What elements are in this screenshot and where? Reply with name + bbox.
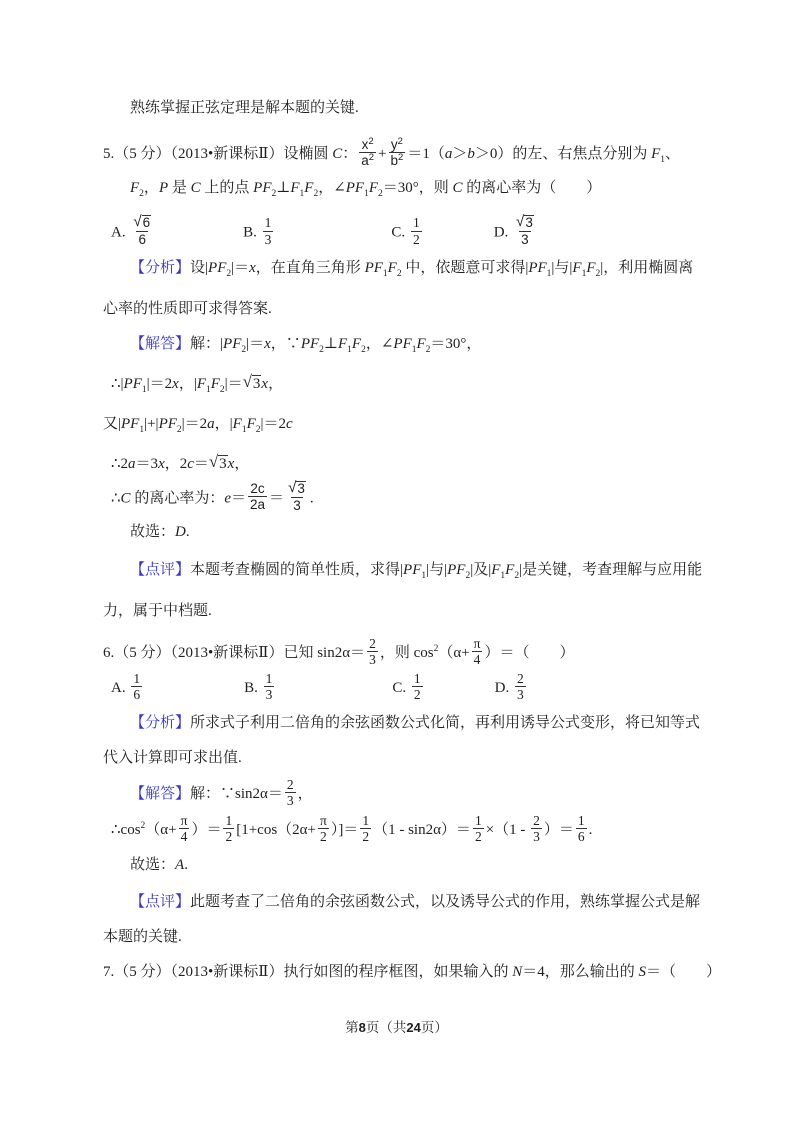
math-variable: F <box>197 376 206 392</box>
text: ， <box>268 376 283 392</box>
text: ＞0）的左、右焦点分别为 <box>475 146 651 162</box>
text: 3 <box>287 793 294 808</box>
math-variable: PF <box>393 336 411 352</box>
fraction: 16 <box>131 671 142 702</box>
fraction-numerator: 1 <box>223 813 234 828</box>
math-variable: C <box>453 180 463 196</box>
section-label: 【解答】 <box>130 336 190 352</box>
fraction: 12 <box>360 813 371 844</box>
math-variable: F <box>491 562 500 578</box>
math-variable: C <box>121 490 131 506</box>
square-root: √6 <box>133 215 151 231</box>
fraction-denominator: 6 <box>576 828 587 844</box>
fraction-numerator: 2 <box>367 636 378 651</box>
fraction: x2a2 <box>359 137 376 168</box>
math-variable: PF <box>528 260 546 276</box>
math-variable: x <box>264 336 271 352</box>
fraction-denominator: 2 <box>223 828 234 844</box>
footer-total-pages: 24 <box>406 1020 420 1035</box>
text: 1 <box>578 813 585 828</box>
math-variable: S <box>638 964 646 980</box>
fraction: 12 <box>412 671 423 702</box>
text: 此题考查了二倍角的余弦函数公式，以及诱导公式的作用，熟练掌握公式是解 <box>190 894 700 910</box>
math-variable: c <box>286 416 293 432</box>
text: A. <box>111 224 129 240</box>
text: 3 <box>297 481 305 496</box>
q5-analysis-line-1: 【分析】设|PF2|＝x，在直角三角形 PF1F2 中，依题意可求得|PF1|与… <box>103 255 703 287</box>
text: ，| <box>179 376 197 392</box>
text: A. <box>111 680 129 696</box>
math-variable: P <box>159 180 168 196</box>
fraction-denominator: 3 <box>515 686 526 702</box>
fraction-denominator: 3 <box>285 792 296 808</box>
fraction-denominator: 2 <box>412 686 423 702</box>
text: ∴2 <box>111 456 128 472</box>
text: ）＝ <box>544 822 574 838</box>
radicand: 6 <box>142 215 152 231</box>
math-variable: N <box>512 964 522 980</box>
text: B. <box>243 224 261 240</box>
q5-solution-line-3: 又|PF1|+|PF2|＝2a，|F1F2|＝2c <box>103 411 703 443</box>
math-variable: PF <box>159 416 177 432</box>
fraction-numerator: √3 <box>514 215 536 231</box>
text: 3 <box>533 829 540 844</box>
text: ＝1（ <box>407 146 445 162</box>
text: 1 <box>414 671 421 686</box>
q6-analysis-line-1: 【分析】所求式子利用二倍角的余弦函数公式化简，再利用诱导公式变形，将已知等式 <box>103 710 703 736</box>
math-variable: e <box>224 490 231 506</box>
q5-stem-line-1: 5.（5 分）（2013•新课标Ⅱ）设椭圆 C：x2a2+y2b2＝1（a＞b＞… <box>103 139 703 173</box>
q5-answer: 故选：D. <box>103 519 703 545</box>
text: |与| <box>551 260 572 276</box>
text: 是 <box>168 180 191 196</box>
text: ，在直角三角形 <box>256 260 365 276</box>
text: ×（1 - <box>486 822 529 838</box>
text: 7.（5 分）（2013•新课标Ⅱ）执行如图的程序框图，如果输入的 <box>103 964 512 980</box>
math-variable: F <box>352 336 361 352</box>
text: D. <box>494 224 512 240</box>
text: 解：| <box>190 336 223 352</box>
text: . <box>310 490 314 506</box>
text: ， <box>144 180 159 196</box>
fraction-denominator: 2 <box>411 231 422 247</box>
text: |＝ <box>231 260 249 276</box>
radicand: 3 <box>524 215 534 231</box>
text: ）＝ <box>191 822 221 838</box>
text: 3 <box>525 215 533 230</box>
radical-sign: √ <box>288 480 296 495</box>
q7-stem: 7.（5 分）（2013•新课标Ⅱ）执行如图的程序框图，如果输入的 N＝4，那么… <box>103 959 703 985</box>
text: 3 <box>369 652 376 667</box>
math-variable: F <box>211 376 220 392</box>
fraction: 23 <box>531 813 542 844</box>
text: ，∠ <box>366 336 394 352</box>
text: 心率的性质即可求得答案. <box>103 301 272 317</box>
fraction-numerator: 2 <box>531 813 542 828</box>
text: + <box>378 146 386 162</box>
fraction-numerator: x2 <box>360 137 376 152</box>
radicand: 3 <box>252 375 262 393</box>
math-variable: PF <box>301 336 319 352</box>
superscript: 2 <box>368 136 373 147</box>
text: 解：∵sin2α＝ <box>190 786 283 802</box>
section-label: 【分析】 <box>130 715 190 731</box>
math-variable: PF <box>365 260 383 276</box>
text: D. <box>495 680 513 696</box>
fraction-numerator: 1 <box>263 215 274 230</box>
radical-sign: √ <box>516 214 524 229</box>
fraction-denominator: b2 <box>389 152 406 168</box>
text: ＝（ ） <box>646 964 721 980</box>
fraction: 13 <box>264 671 275 702</box>
text: ∴ <box>111 490 121 506</box>
text: 3 <box>266 687 273 702</box>
fraction-denominator: 3 <box>264 686 275 702</box>
q6-answer: 故选：A. <box>103 852 703 878</box>
math-variable: PF <box>403 562 421 578</box>
text: ： <box>342 146 357 162</box>
text: . <box>184 857 188 873</box>
fraction: 2c2a <box>248 481 267 512</box>
math-variable: F <box>233 416 242 432</box>
footer-prefix: 第 <box>345 1020 359 1035</box>
text: 1 <box>362 813 369 828</box>
fraction-numerator: 1 <box>576 813 587 828</box>
square-root: √3 <box>288 481 306 497</box>
square-root: √3 <box>516 215 534 231</box>
text: . <box>186 524 190 540</box>
fraction-denominator: 3 <box>291 497 303 513</box>
fraction: √33 <box>286 481 308 513</box>
text: |是关键，考查理解与应用能 <box>519 562 702 578</box>
text: 6 <box>578 829 585 844</box>
math-variable: F <box>388 260 397 276</box>
text: 1 <box>413 215 420 230</box>
text: ⊥ <box>276 180 290 196</box>
math-variable: PF <box>121 416 139 432</box>
q5-comment-line-2: 力，属于中档题. <box>103 598 703 624</box>
text: |，利用椭圆离 <box>600 260 693 276</box>
text: 1 <box>133 671 140 686</box>
text: ⊥ <box>324 336 338 352</box>
math-variable: D <box>175 524 186 540</box>
text: 2 <box>533 813 540 828</box>
fraction: √66 <box>131 215 153 247</box>
text: ）]＝ <box>331 822 359 838</box>
fraction-denominator: 6 <box>131 686 142 702</box>
text: 故选： <box>130 524 175 540</box>
text: 、 <box>665 146 680 162</box>
q6-options: A. 16B. 13C. 12D. 23 <box>103 673 703 704</box>
text: 4 <box>181 829 188 844</box>
math-variable: F <box>369 180 378 196</box>
text: ＞ <box>452 146 467 162</box>
q5-stem-line-2: F2，P 是 C 上的点 PF2⊥F1F2，∠PF1F2＝30°，则 C 的离心… <box>103 175 703 207</box>
square-root: √3 <box>209 455 228 473</box>
math-variable: C <box>191 180 201 196</box>
q5-solution-line-5: ∴C 的离心率为：e＝2c2a＝√33. <box>103 483 703 515</box>
footer-page-number: 8 <box>359 1020 366 1035</box>
q5-solution-line-2: ∴|PF1|＝2x，|F1F2|＝√3x， <box>103 371 703 403</box>
text: ， <box>298 786 313 802</box>
text: 中，依题意可求得| <box>402 260 529 276</box>
math-variable: c <box>187 456 194 472</box>
text: 设| <box>190 260 208 276</box>
fraction-numerator: 1 <box>473 813 484 828</box>
text: 5.（5 分）（2013•新课标Ⅱ）设椭圆 <box>103 146 332 162</box>
text: 6 <box>138 232 146 247</box>
fraction: π4 <box>472 636 483 667</box>
text: 1 <box>225 813 232 828</box>
text: ＝ <box>231 490 246 506</box>
fraction-numerator: π <box>472 636 483 651</box>
section-label: 【解答】 <box>130 786 190 802</box>
fraction-numerator: 2 <box>515 671 526 686</box>
q5-solution-line-1: 【解答】解：|PF2|＝x，∵PF2⊥F1F2，∠PF1F2＝30°， <box>103 331 703 363</box>
text: ∴| <box>111 376 124 392</box>
text: 4 <box>474 652 481 667</box>
text: 3 <box>293 498 301 513</box>
text: b <box>391 153 399 168</box>
text: C. <box>392 680 410 696</box>
fraction-numerator: 1 <box>412 671 423 686</box>
q5-analysis-line-2: 心率的性质即可求得答案. <box>103 296 703 322</box>
text: （1 - sin2α）＝ <box>373 822 471 838</box>
fraction-numerator: √6 <box>131 215 153 231</box>
text: 2 <box>517 671 524 686</box>
text: 3 <box>521 232 529 247</box>
math-variable: F <box>247 416 256 432</box>
text: 1 <box>475 813 482 828</box>
text: 代入计算即可求出值. <box>103 750 242 766</box>
text: 6 <box>143 215 151 230</box>
text: 又| <box>103 416 121 432</box>
text: ＝3 <box>136 456 159 472</box>
footer-mid: 页（共 <box>366 1020 407 1035</box>
text: 的离心率为： <box>131 490 225 506</box>
fraction-numerator: 1 <box>264 671 275 686</box>
fraction-numerator: 2 <box>285 777 296 792</box>
text: |及| <box>470 562 491 578</box>
text: ，2 <box>165 456 188 472</box>
fraction-numerator: π <box>179 813 190 828</box>
footer-suffix: 页） <box>421 1020 448 1035</box>
section-label: 【点评】 <box>130 894 190 910</box>
math-variable: F <box>505 562 514 578</box>
text: |＝ <box>246 336 264 352</box>
math-variable: C <box>332 146 342 162</box>
text: ，∠ <box>318 180 346 196</box>
math-variable: F <box>338 336 347 352</box>
text: 2 <box>413 232 420 247</box>
fraction-denominator: 2a <box>248 496 267 512</box>
math-variable: PF <box>124 376 142 392</box>
document-page: 熟练掌握正弦定理是解本题的关键.5.（5 分）（2013•新课标Ⅱ）设椭圆 C：… <box>0 0 793 1122</box>
text: 2 <box>320 829 327 844</box>
text: ，| <box>215 416 233 432</box>
q6-solution-line-2: ∴cos2（α+π4）＝12[1+cos（2α+π2）]＝12（1 - sin2… <box>103 813 703 846</box>
q6-stem: 6.（5 分）（2013•新课标Ⅱ）已知 sin2α＝23，则 cos2（α+π… <box>103 636 703 669</box>
math-variable: PF <box>208 260 226 276</box>
q6-comment-line-2: 本题的关键. <box>103 924 703 950</box>
text: 3 <box>265 232 272 247</box>
text: 2 <box>362 829 369 844</box>
fraction-numerator: 1 <box>411 215 422 230</box>
text: 3 <box>219 456 227 472</box>
text: a <box>361 153 369 168</box>
text: 本题考查椭圆的简单性质，求得| <box>190 562 403 578</box>
fraction-numerator: 2c <box>248 481 266 496</box>
text: π <box>320 813 327 828</box>
fraction-denominator: 2 <box>360 828 371 844</box>
text: ，∵ <box>271 336 301 352</box>
fraction-denominator: 4 <box>179 828 190 844</box>
text: π <box>474 636 481 651</box>
text: [1+cos（2α+ <box>236 822 316 838</box>
text: （α+ <box>145 822 176 838</box>
text: 3 <box>517 687 524 702</box>
math-variable: a <box>207 416 215 432</box>
text: 6 <box>133 687 140 702</box>
text: 所求式子利用二倍角的余弦函数公式化简，再利用诱导公式变形，将已知等式 <box>190 715 700 731</box>
superscript: 2 <box>398 136 403 147</box>
text: 2 <box>225 829 232 844</box>
text: 熟练掌握正弦定理是解本题的关键. <box>130 100 359 116</box>
fraction: π2 <box>318 813 329 844</box>
fraction-numerator: 1 <box>360 813 371 828</box>
text: 2 <box>414 687 421 702</box>
radical-sign: √ <box>209 454 218 471</box>
fraction-denominator: 2 <box>318 828 329 844</box>
text: （α+ <box>438 645 469 661</box>
radical-sign: √ <box>243 374 252 391</box>
fraction: 23 <box>285 777 296 808</box>
text: . <box>589 822 593 838</box>
text: |＝2 <box>182 416 208 432</box>
text: 2c <box>250 481 264 496</box>
fraction-denominator: 3 <box>263 231 274 247</box>
text: ＝ <box>269 490 284 506</box>
math-variable: a <box>128 456 136 472</box>
fraction: 16 <box>576 813 587 844</box>
text: 2 <box>475 829 482 844</box>
text: C. <box>391 224 409 240</box>
q5-options: A. √66B. 13C. 12D. √33 <box>103 217 703 249</box>
superscript: 2 <box>369 152 374 163</box>
fraction-denominator: 4 <box>472 651 483 667</box>
fraction: 12 <box>223 813 234 844</box>
text: ∴cos <box>111 822 141 838</box>
prev-comment-tail: 熟练掌握正弦定理是解本题的关键. <box>103 95 703 121</box>
fraction: √33 <box>514 215 536 247</box>
text: |+| <box>144 416 158 432</box>
text: 本题的关键. <box>103 929 182 945</box>
text: B. <box>244 680 262 696</box>
fraction-denominator: 3 <box>367 651 378 667</box>
math-variable: A <box>175 857 184 873</box>
fraction: 23 <box>515 671 526 702</box>
document-content: 熟练掌握正弦定理是解本题的关键.5.（5 分）（2013•新课标Ⅱ）设椭圆 C：… <box>103 95 703 985</box>
text: π <box>181 813 188 828</box>
fraction-numerator: π <box>318 813 329 828</box>
text: 上的点 <box>201 180 254 196</box>
text: 1 <box>266 671 273 686</box>
fraction: π4 <box>179 813 190 844</box>
text: 2a <box>250 497 265 512</box>
math-variable: F <box>572 260 581 276</box>
q6-analysis-line-2: 代入计算即可求出值. <box>103 745 703 771</box>
math-variable: F <box>586 260 595 276</box>
section-label: 【点评】 <box>130 562 190 578</box>
text: |＝2 <box>147 376 173 392</box>
text: ＝4，那么输出的 <box>522 964 638 980</box>
fraction-denominator: 3 <box>519 231 531 247</box>
q6-solution-line-1: 【解答】解：∵sin2α＝23， <box>103 779 703 810</box>
fraction: 12 <box>411 215 422 246</box>
text: ， <box>234 456 249 472</box>
fraction: 13 <box>263 215 274 246</box>
text: ，则 cos <box>380 645 434 661</box>
fraction-numerator: y2 <box>389 137 405 152</box>
fraction-denominator: 6 <box>136 231 148 247</box>
math-variable: x <box>158 456 165 472</box>
math-variable: PF <box>253 180 271 196</box>
text: 的离心率为（ ） <box>463 180 602 196</box>
text: |＝2 <box>261 416 287 432</box>
q5-solution-line-4: ∴2a＝3x，2c＝√3x， <box>103 451 703 477</box>
page-footer: 第8页（共24页） <box>0 1016 793 1036</box>
math-variable: PF <box>223 336 241 352</box>
math-variable: F <box>651 146 660 162</box>
fraction-denominator: 2 <box>473 828 484 844</box>
fraction: y2b2 <box>389 137 406 168</box>
superscript: 2 <box>398 152 403 163</box>
math-variable: PF <box>447 562 465 578</box>
fraction: 23 <box>367 636 378 667</box>
text: 3 <box>253 376 261 392</box>
text: 2 <box>369 636 376 651</box>
q5-comment-line-1: 【点评】本题考查椭圆的简单性质，求得|PF1|与|PF2|及|F1F2|是关键，… <box>103 557 703 589</box>
radical-sign: √ <box>133 214 141 229</box>
fraction-denominator: a2 <box>359 152 376 168</box>
math-variable: F <box>130 180 139 196</box>
radicand: 3 <box>296 481 306 497</box>
text: 2 <box>287 777 294 792</box>
text: ）＝（ ） <box>484 645 574 661</box>
text: 力，属于中档题. <box>103 603 212 619</box>
fraction-numerator: 1 <box>131 671 142 686</box>
math-variable: x <box>249 260 256 276</box>
q6-comment-line-1: 【点评】此题考查了二倍角的余弦函数公式，以及诱导公式的作用，熟练掌握公式是解 <box>103 889 703 915</box>
text: ＝ <box>194 456 209 472</box>
text: 6.（5 分）（2013•新课标Ⅱ）已知 sin2α＝ <box>103 645 365 661</box>
text: ＝30°， <box>430 336 481 352</box>
math-variable: b <box>467 146 475 162</box>
text: |与| <box>426 562 447 578</box>
radicand: 3 <box>218 455 228 473</box>
text: 1 <box>265 215 272 230</box>
text: ＝30°，则 <box>383 180 453 196</box>
math-variable: F <box>290 180 299 196</box>
text: |＝ <box>225 376 243 392</box>
fraction: 12 <box>473 813 484 844</box>
text: 故选： <box>130 857 175 873</box>
math-variable: PF <box>346 180 364 196</box>
math-variable: F <box>417 336 426 352</box>
square-root: √3 <box>243 375 262 393</box>
fraction-numerator: √3 <box>286 481 308 497</box>
section-label: 【分析】 <box>130 260 190 276</box>
